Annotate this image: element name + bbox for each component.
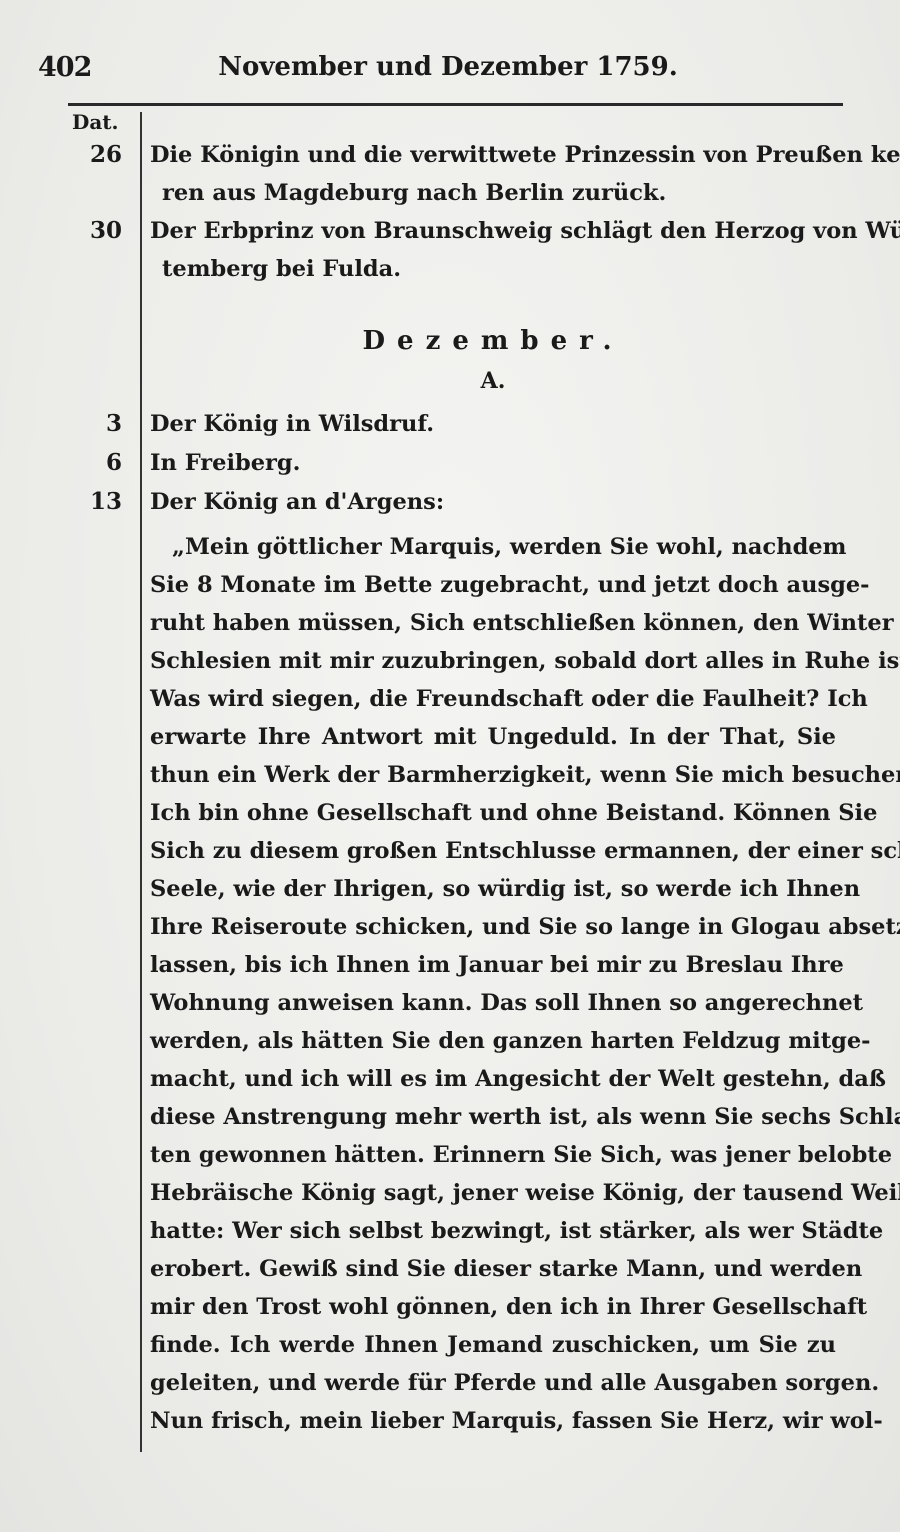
letter-line: geleiten, und werde für Pferde und alle … <box>150 1364 836 1402</box>
letter-line: „Mein göttlicher Marquis, werden Sie woh… <box>150 528 836 566</box>
entry-text-line: Der Erbprinz von Braunschweig schlägt de… <box>150 212 836 250</box>
letter-line: thun ein Werk der Barmherzigkeit, wenn S… <box>150 756 836 794</box>
letter-line: Seele, wie der Ihrigen, so würdig ist, s… <box>150 870 836 908</box>
entry-text-line: ren aus Magdeburg nach Berlin zurück. <box>162 174 666 212</box>
entry-text-line: Der König an d'Argens: <box>150 483 444 521</box>
entry-date: 6 <box>70 444 122 482</box>
entry-date: 26 <box>70 136 122 174</box>
letter-line: Ihre Reiseroute schicken, und Sie so lan… <box>150 908 836 946</box>
book-page: 402 November und Dezember 1759. Dat. 26 … <box>0 0 900 1532</box>
letter-line: werden, als hätten Sie den ganzen harten… <box>150 1022 836 1060</box>
entry-date: 30 <box>70 212 122 250</box>
letter-line: Sich zu diesem großen Entschlusse ermann… <box>150 832 836 870</box>
entry-date: 13 <box>70 483 122 521</box>
entry-text-line: Die Königin und die verwittwete Prinzess… <box>150 136 836 174</box>
letter-line: ruht haben müssen, Sich entschließen kön… <box>150 604 836 642</box>
entry-text-line: temberg bei Fulda. <box>162 250 401 288</box>
letter-line: Schlesien mit mir zuzubringen, sobald do… <box>150 642 836 680</box>
letter-line: Ich bin ohne Gesellschaft und ohne Beist… <box>150 794 836 832</box>
letter-line: hatte: Wer sich selbst bezwingt, ist stä… <box>150 1212 836 1250</box>
letter-line: Nun frisch, mein lieber Marquis, fassen … <box>150 1402 836 1440</box>
letter-line: lassen, bis ich Ihnen im Januar bei mir … <box>150 946 836 984</box>
header-rule <box>68 103 843 106</box>
section-subheading: A. <box>150 368 836 394</box>
letter-line: ten gewonnen hätten. Erinnern Sie Sich, … <box>150 1136 836 1174</box>
entry-date: 3 <box>70 405 122 443</box>
date-column-rule <box>140 112 142 1452</box>
letter-line: Was wird siegen, die Freundschaft oder d… <box>150 680 836 718</box>
entry-text-line: Der König in Wilsdruf. <box>150 405 434 443</box>
page-header: 402 November und Dezember 1759. <box>38 52 838 92</box>
month-heading: Dezember. <box>150 326 836 356</box>
letter-line: Hebräische König sagt, jener weise König… <box>150 1174 836 1212</box>
letter-line: erobert. Gewiß sind Sie dieser starke Ma… <box>150 1250 836 1288</box>
letter-line: macht, und ich will es im Angesicht der … <box>150 1060 836 1098</box>
letter-line: finde. Ich werde Ihnen Jemand zuschicken… <box>150 1326 836 1364</box>
entry-text-line: In Freiberg. <box>150 444 300 482</box>
letter-line: diese Anstrengung mehr werth ist, als we… <box>150 1098 836 1136</box>
running-title: November und Dezember 1759. <box>38 52 838 82</box>
letter-line: Sie 8 Monate im Bette zugebracht, und je… <box>150 566 836 604</box>
letter-line: erwarte Ihre Antwort mit Ungeduld. In de… <box>150 718 836 756</box>
letter-line: mir den Trost wohl gönnen, den ich in Ih… <box>150 1288 836 1326</box>
letter-line: Wohnung anweisen kann. Das soll Ihnen so… <box>150 984 836 1022</box>
date-column-label: Dat. <box>72 110 119 134</box>
